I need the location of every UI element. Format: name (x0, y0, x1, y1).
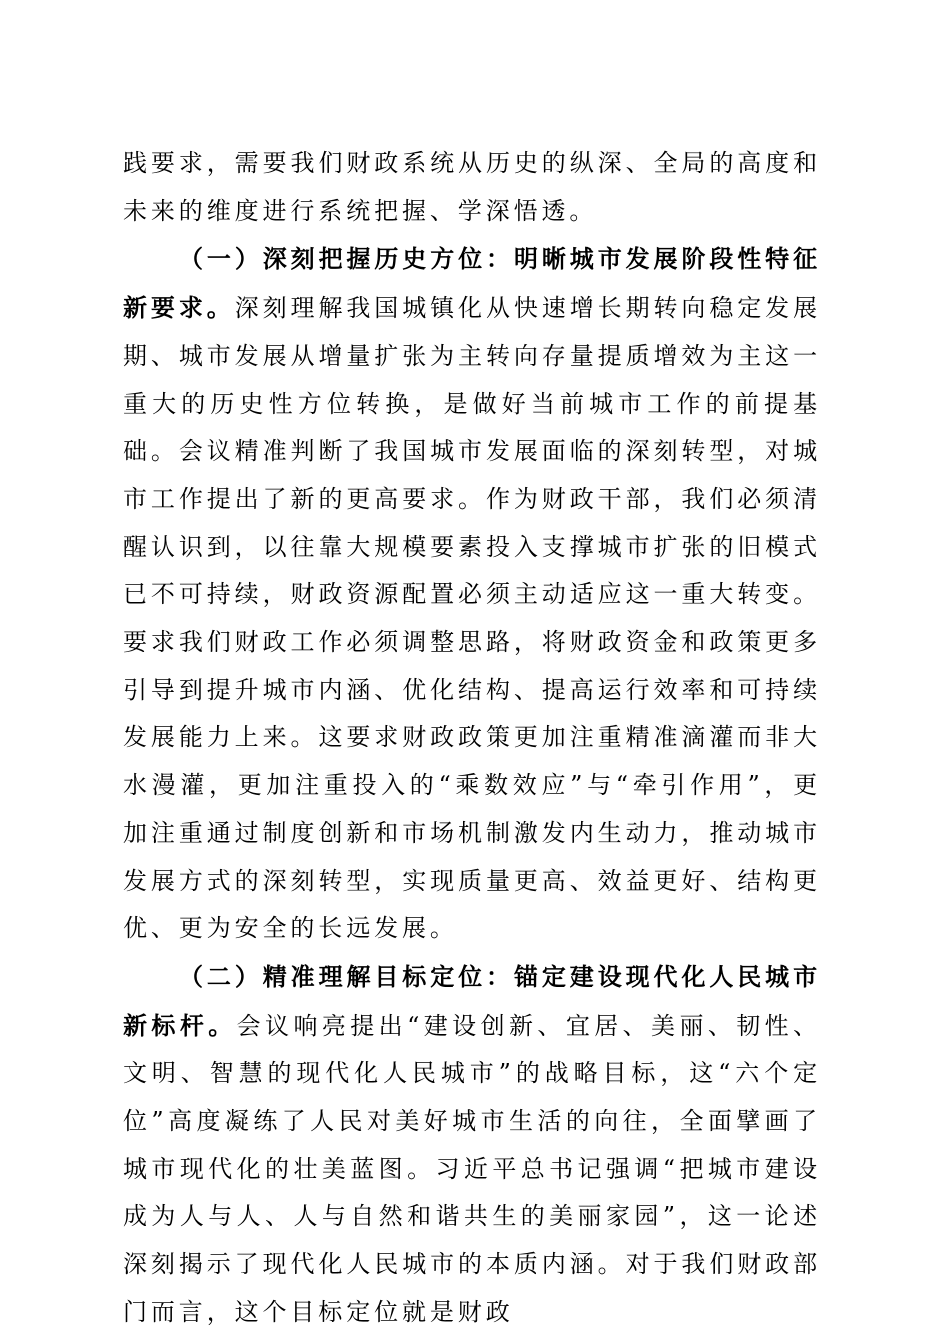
paragraph-continuation: 践要求，需要我们财政系统从历史的纵深、全局的高度和未来的维度进行系统把握、学深悟… (123, 140, 821, 235)
paragraph-section-2: （二）精准理解目标定位：锚定建设现代化人民城市新标杆。会议响亮提出“建设创新、宜… (123, 953, 821, 1337)
paragraph-text: 深刻理解我国城镇化从快速增长期转向稳定发展期、城市发展从增量扩张为主转向存量提质… (123, 294, 821, 942)
paragraph-section-1: （一）深刻把握历史方位：明晰城市发展阶段性特征新要求。深刻理解我国城镇化从快速增… (123, 235, 821, 953)
document-page: 践要求，需要我们财政系统从历史的纵深、全局的高度和未来的维度进行系统把握、学深悟… (123, 140, 821, 1337)
paragraph-text: 会议响亮提出“建设创新、宜居、美丽、韧性、文明、智慧的现代化人民城市”的战略目标… (123, 1012, 821, 1326)
paragraph-text: 践要求，需要我们财政系统从历史的纵深、全局的高度和未来的维度进行系统把握、学深悟… (123, 149, 821, 225)
